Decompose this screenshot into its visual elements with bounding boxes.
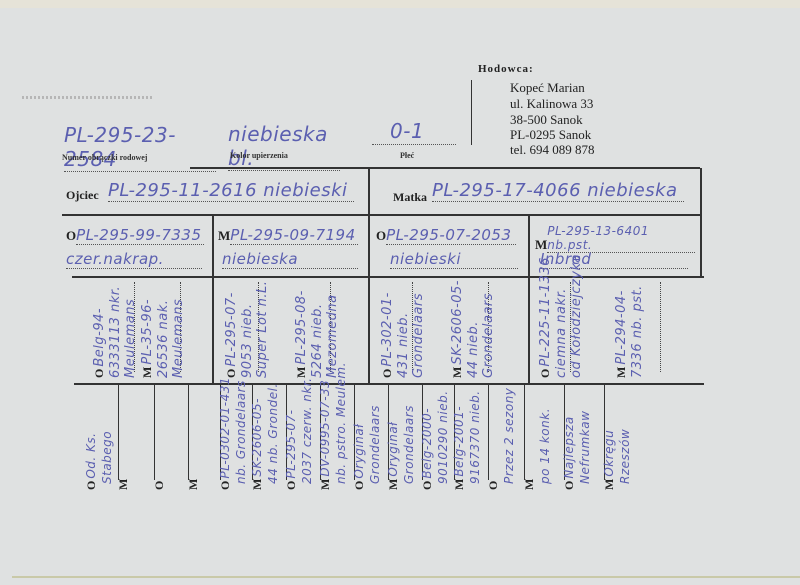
breeder-club: PL-0295 Sanok bbox=[510, 127, 591, 143]
gp-label: M bbox=[218, 228, 230, 243]
ggp-label: O bbox=[92, 369, 106, 378]
great-grandparent-6: MSK-2606-05-44 nieb.Grondelaars bbox=[448, 280, 496, 378]
gggp-line2: nb. pstro. Meulem. bbox=[334, 362, 348, 490]
top-divider bbox=[190, 167, 700, 169]
color-value: niebieska bl. bbox=[228, 122, 340, 171]
gggp-line2: Rzeszów bbox=[618, 429, 632, 490]
scan-edge bbox=[0, 0, 800, 8]
ggp-line2: 44 nieb. bbox=[466, 280, 481, 378]
grandparent-2: MPL-295-09-7194 bbox=[218, 226, 358, 245]
gggp-label: O bbox=[284, 481, 298, 490]
ggp-ring: PL-35-96- bbox=[140, 299, 155, 365]
breeder-title: Hodowca: bbox=[478, 63, 534, 75]
gggp-label: O bbox=[152, 481, 166, 490]
gggp-label: M bbox=[116, 479, 130, 490]
gg-grandparent-7: OPL-295-07-2037 czerw. nkr. bbox=[282, 378, 314, 490]
great-grandparent-2: MPL-35-96-26536 nak.Meulemans bbox=[138, 299, 186, 378]
gg-grandparent-14: Mpo 14 konk. bbox=[520, 408, 552, 490]
gg-grandparent-6: MSK-2606-05-44 nb. Grondel. bbox=[248, 383, 280, 490]
ggp-line3: od Kołodziejczyka bbox=[569, 254, 584, 378]
ggp-line2: 7336 nb. pst. bbox=[630, 285, 645, 378]
parents-right-border bbox=[700, 168, 702, 216]
ggp-label: O bbox=[380, 369, 394, 378]
father-value: PL-295-11-2616 niebieski bbox=[108, 180, 354, 202]
ggp-divider bbox=[212, 277, 214, 383]
ggp-line3: Super Lot n.L. bbox=[255, 281, 270, 378]
breeder-city: 38-500 Sanok bbox=[510, 112, 583, 128]
gggp-label: M bbox=[452, 479, 466, 490]
gggp-label: M bbox=[602, 479, 616, 490]
great-grandparent-5: OPL-302-01-431 nieb.Grondelaars bbox=[378, 292, 426, 378]
gg-grandparent-4: M bbox=[184, 477, 202, 490]
gp-label: O bbox=[376, 228, 386, 243]
parents-divider bbox=[368, 168, 370, 216]
breeder-street: ul. Kalinowa 33 bbox=[510, 96, 593, 112]
ggp-ring: PL-294-04- bbox=[614, 290, 629, 365]
mother-label: Matka bbox=[393, 190, 427, 205]
gggp-label: M bbox=[186, 479, 200, 490]
ggp-bottom-divider bbox=[74, 383, 704, 385]
breeder-divider bbox=[471, 80, 472, 145]
gg-grandparent-12: MBelg-2001-9167370 nieb. bbox=[450, 390, 482, 490]
ggp-divider bbox=[528, 277, 530, 383]
gg-grandparent-16: MOkręguRzeszów bbox=[600, 429, 632, 490]
ggp-label: M bbox=[450, 367, 464, 378]
gggp-label: M bbox=[522, 479, 536, 490]
gggp-line2: Przez 2 sezony bbox=[502, 388, 516, 490]
ggp-line2: 6333113 nkr. bbox=[108, 286, 123, 378]
great-grandparent-8: MPL-294-04-7336 nb. pst. bbox=[612, 285, 645, 378]
great-grandparent-3: OPL-295-07-9053 nieb.Super Lot n.L. bbox=[222, 281, 270, 378]
gggp-line2: 9010290 nieb. bbox=[436, 390, 450, 490]
ggp-ring: Belg-94- bbox=[92, 308, 107, 367]
father-label: Ojciec bbox=[66, 188, 99, 203]
ggp-ring: PL-225-11-1336 bbox=[538, 257, 553, 367]
ggp-line2: ciemna nakr. bbox=[554, 254, 569, 378]
gggp-divider bbox=[154, 385, 155, 480]
ggp-ring: PL-295-08- bbox=[294, 290, 309, 365]
gp-ring: PL-295-13-6401 nb.pst. bbox=[547, 224, 695, 253]
gggp-line2: 9167370 nieb. bbox=[468, 390, 482, 490]
ggp-divider bbox=[368, 277, 370, 383]
gggp-line1: Od. Ks. bbox=[84, 433, 98, 479]
gggp-line2: Grondelaars bbox=[368, 405, 382, 490]
gggp-label: O bbox=[218, 481, 232, 490]
color-label: Kolor upierzenia bbox=[230, 151, 288, 160]
gp-ring: PL-295-07-2053 bbox=[386, 226, 516, 245]
gggp-line2: po 14 konk. bbox=[538, 408, 552, 490]
ggp-ring: PL-302-01- bbox=[380, 292, 395, 367]
great-grandparent-7: OPL-225-11-1336ciemna nakr.od Kołodziejc… bbox=[536, 254, 584, 378]
sex-value: 0-1 bbox=[390, 119, 450, 143]
gp-ring: PL-295-99-7335 bbox=[76, 226, 204, 245]
gg-grandparent-1: OOd. Ks.Stabego bbox=[82, 431, 114, 490]
ggp-line2: 431 nieb. bbox=[396, 292, 411, 378]
gg-grandparent-11: OBelg-2000-9010290 nieb. bbox=[418, 390, 450, 490]
ggp-label: O bbox=[538, 369, 552, 378]
gggp-line1: PL-0302-01-431 bbox=[218, 377, 232, 479]
gg-grandparent-13: OPrzez 2 sezony bbox=[484, 388, 516, 490]
gg-grandparent-8: MDV-0995-07-33nb. pstro. Meulem. bbox=[316, 362, 348, 490]
gggp-label: O bbox=[84, 481, 98, 490]
gggp-line1: DV-0995-07-33 bbox=[318, 380, 332, 477]
ggp-ring: SK-2606-05- bbox=[450, 280, 465, 365]
gggp-line1: Najlepsza bbox=[562, 416, 576, 478]
gg-grandparent-5: OPL-0302-01-431nb. Grondelaars bbox=[216, 377, 248, 490]
gp-ring: PL-295-09-7194 bbox=[230, 226, 358, 245]
scan-bottom-edge bbox=[12, 576, 800, 578]
gggp-divider bbox=[118, 385, 119, 480]
ggp-line2: 26536 nak. bbox=[156, 299, 171, 378]
gg-grandparent-3: O bbox=[150, 479, 168, 490]
gggp-line1: Okręgu bbox=[602, 430, 616, 477]
gggp-line2: 2037 czerw. nkr. bbox=[300, 378, 314, 490]
great-grandparent-1: OBelg-94-6333113 nkr.Meulemans bbox=[90, 286, 138, 378]
gggp-line2: Stabego bbox=[100, 431, 114, 490]
gggp-label: O bbox=[352, 481, 366, 490]
ggp-label: M bbox=[140, 367, 154, 378]
gggp-line1: Oryginał bbox=[352, 424, 366, 479]
scan-artifact bbox=[22, 96, 152, 99]
ring-number-label: Numer obrączki rodowej bbox=[62, 153, 147, 162]
sex-label: Płeć bbox=[400, 151, 414, 160]
gggp-label: O bbox=[486, 481, 500, 490]
gp-3-desc: niebieski bbox=[390, 250, 518, 269]
sex-underline bbox=[372, 144, 456, 145]
gggp-line2: Grondelaars bbox=[402, 405, 416, 490]
gggp-label: O bbox=[562, 481, 576, 490]
gp-label: O bbox=[66, 228, 76, 243]
gg-grandparent-10: MOryginałGrondelaars bbox=[384, 405, 416, 490]
gp-2-desc: niebieska bbox=[222, 250, 358, 269]
gp-divider-1 bbox=[212, 215, 214, 277]
gggp-line2: Nefrumkaw bbox=[578, 411, 592, 490]
grandparent-3: OPL-295-07-2053 bbox=[376, 226, 516, 245]
gg-grandparent-9: OOryginałGrondelaars bbox=[350, 405, 382, 490]
gggp-line2: 44 nb. Grondel. bbox=[266, 383, 280, 490]
gggp-line1: SK-2606-05- bbox=[250, 398, 264, 477]
parents-bottom-divider bbox=[62, 214, 702, 216]
gggp-label: M bbox=[250, 479, 264, 490]
gg-grandparent-2: M bbox=[114, 477, 132, 490]
gp-divider-3 bbox=[528, 215, 530, 277]
breeder-name: Kopeć Marian bbox=[510, 80, 585, 96]
breeder-phone: tel. 694 089 878 bbox=[510, 142, 595, 158]
ggp-line3: Grondelaars bbox=[411, 292, 426, 378]
ring-number-value: PL-295-23-2584 bbox=[64, 123, 216, 172]
gp-divider-2 bbox=[368, 215, 370, 277]
grandparent-1: OPL-295-99-7335 bbox=[66, 226, 204, 245]
gggp-line1: Belg-2001- bbox=[452, 406, 466, 477]
mother-value: PL-295-17-4066 niebieska bbox=[432, 180, 684, 202]
gggp-line1: Belg-2000- bbox=[420, 408, 434, 479]
ggp-ring: PL-295-07- bbox=[224, 292, 239, 367]
ggp-line2: 9053 nieb. bbox=[240, 281, 255, 378]
ggp-line3: Meulemans bbox=[171, 299, 186, 378]
ggp-label: M bbox=[294, 367, 308, 378]
ggp-line3: Meulemans bbox=[123, 286, 138, 378]
gg-grandparent-15: ONajlepszaNefrumkaw bbox=[560, 411, 592, 490]
gggp-line2: nb. Grondelaars bbox=[234, 377, 248, 490]
gggp-label: M bbox=[318, 479, 332, 490]
gp-bottom-divider bbox=[72, 276, 704, 278]
gp-divider-4 bbox=[700, 215, 702, 277]
ggp-line3: Grondelaars bbox=[481, 280, 496, 378]
ggp-label: M bbox=[614, 367, 628, 378]
gggp-line1: Oryginał bbox=[386, 422, 400, 477]
gggp-divider bbox=[188, 385, 189, 480]
gggp-label: M bbox=[386, 479, 400, 490]
gggp-label: O bbox=[420, 481, 434, 490]
gp-1-desc: czer.nakrap. bbox=[66, 250, 202, 269]
gggp-line1: PL-295-07- bbox=[284, 410, 298, 479]
ggp-dotted-line bbox=[660, 282, 661, 372]
